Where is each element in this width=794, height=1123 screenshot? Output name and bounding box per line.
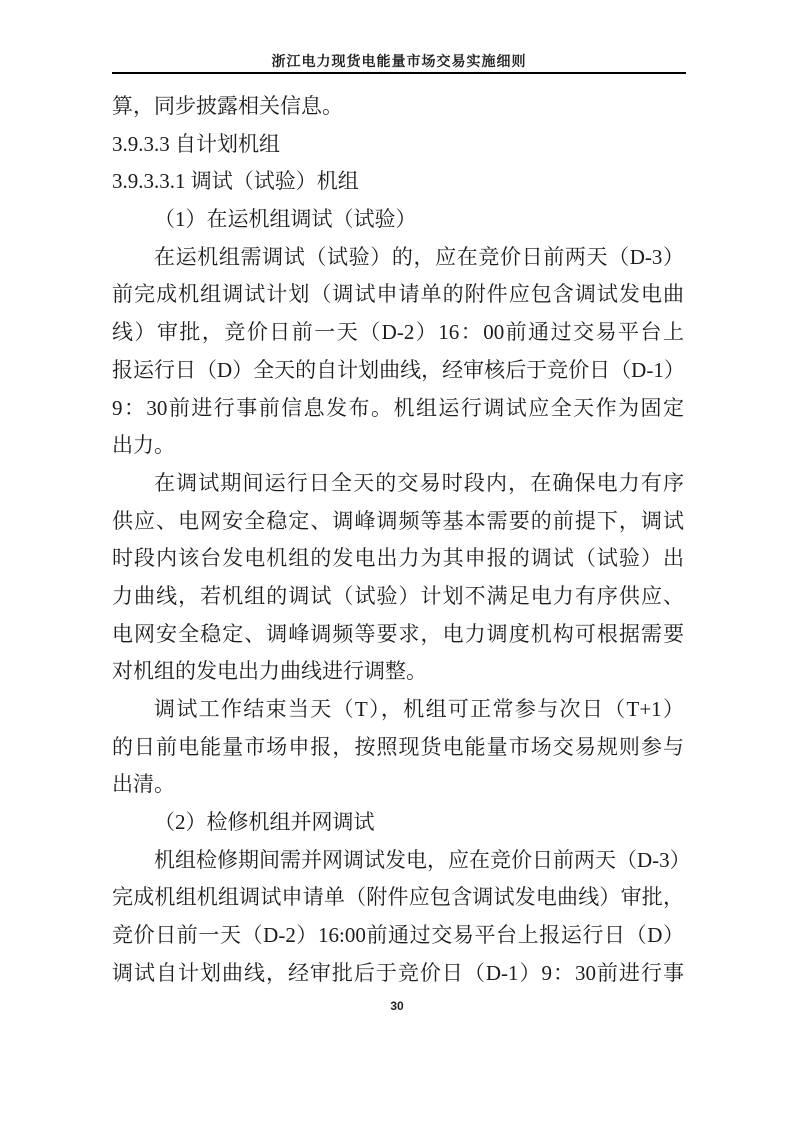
header-title: 浙江电力现货电能量市场交易实施细则 [112,51,686,71]
header-rule-divider [112,72,686,74]
body-text-line: 出力。 [112,427,684,465]
body-text-line: 供应、电网安全稳定、调峰调频等基本需要的前提下，调试 [112,503,684,541]
list-item-2-heading: （2）检修机组并网调试 [112,804,684,842]
body-text-line: 力曲线，若机组的调试（试验）计划不满足电力有序供应、 [112,578,684,616]
body-text-line: 的日前电能量市场申报，按照现货电能量市场交易规则参与 [112,729,684,767]
body-text-line: 前完成机组调试计划（调试申请单的附件应包含调试发电曲 [112,276,684,314]
body-text-line: 算，同步披露相关信息。 [112,88,684,126]
body-text-line: 报运行日（D）全天的自计划曲线，经审核后于竞价日（D-1） [112,352,684,390]
body-text-line: 出清。 [112,766,684,804]
list-item-1-heading: （1）在运机组调试（试验） [112,201,684,239]
body-text-line: 调试自计划曲线，经审批后于竞价日（D-1）9：30前进行事 [112,955,684,993]
body-text-line: 电网安全稳定、调峰调频等要求，电力调度机构可根据需要 [112,616,684,654]
body-text-line: 时段内该台发电机组的发电出力为其申报的调试（试验）出 [112,540,684,578]
body-text-line: 竞价日前一天（D-2）16:00前通过交易平台上报运行日（D） [112,917,684,955]
document-page: 浙江电力现货电能量市场交易实施细则 算，同步披露相关信息。 3.9.3.3 自计… [0,0,794,1123]
body-text-line: 机组检修期间需并网调试发电，应在竞价日前两天（D-3） [112,842,684,880]
heading-3-9-3-3: 3.9.3.3 自计划机组 [112,126,684,164]
body-text-line: 在运机组需调试（试验）的，应在竞价日前两天（D-3） [112,239,684,277]
body-text-line: 完成机组机组调试申请单（附件应包含调试发电曲线）审批， [112,879,684,917]
body-text-line: 线）审批，竞价日前一天（D-2）16：00前通过交易平台上 [112,314,684,352]
body-text-line: 9：30前进行事前信息发布。机组运行调试应全天作为固定 [112,390,684,428]
body-text-line: 对机组的发电出力曲线进行调整。 [112,653,684,691]
body-text-line: 调试工作结束当天（T），机组可正常参与次日（T+1） [112,691,684,729]
heading-3-9-3-3-1: 3.9.3.3.1 调试（试验）机组 [112,163,684,201]
page-number: 30 [0,999,794,1013]
document-body: 算，同步披露相关信息。 3.9.3.3 自计划机组 3.9.3.3.1 调试（试… [112,88,684,993]
body-text-line: 在调试期间运行日全天的交易时段内，在确保电力有序 [112,465,684,503]
